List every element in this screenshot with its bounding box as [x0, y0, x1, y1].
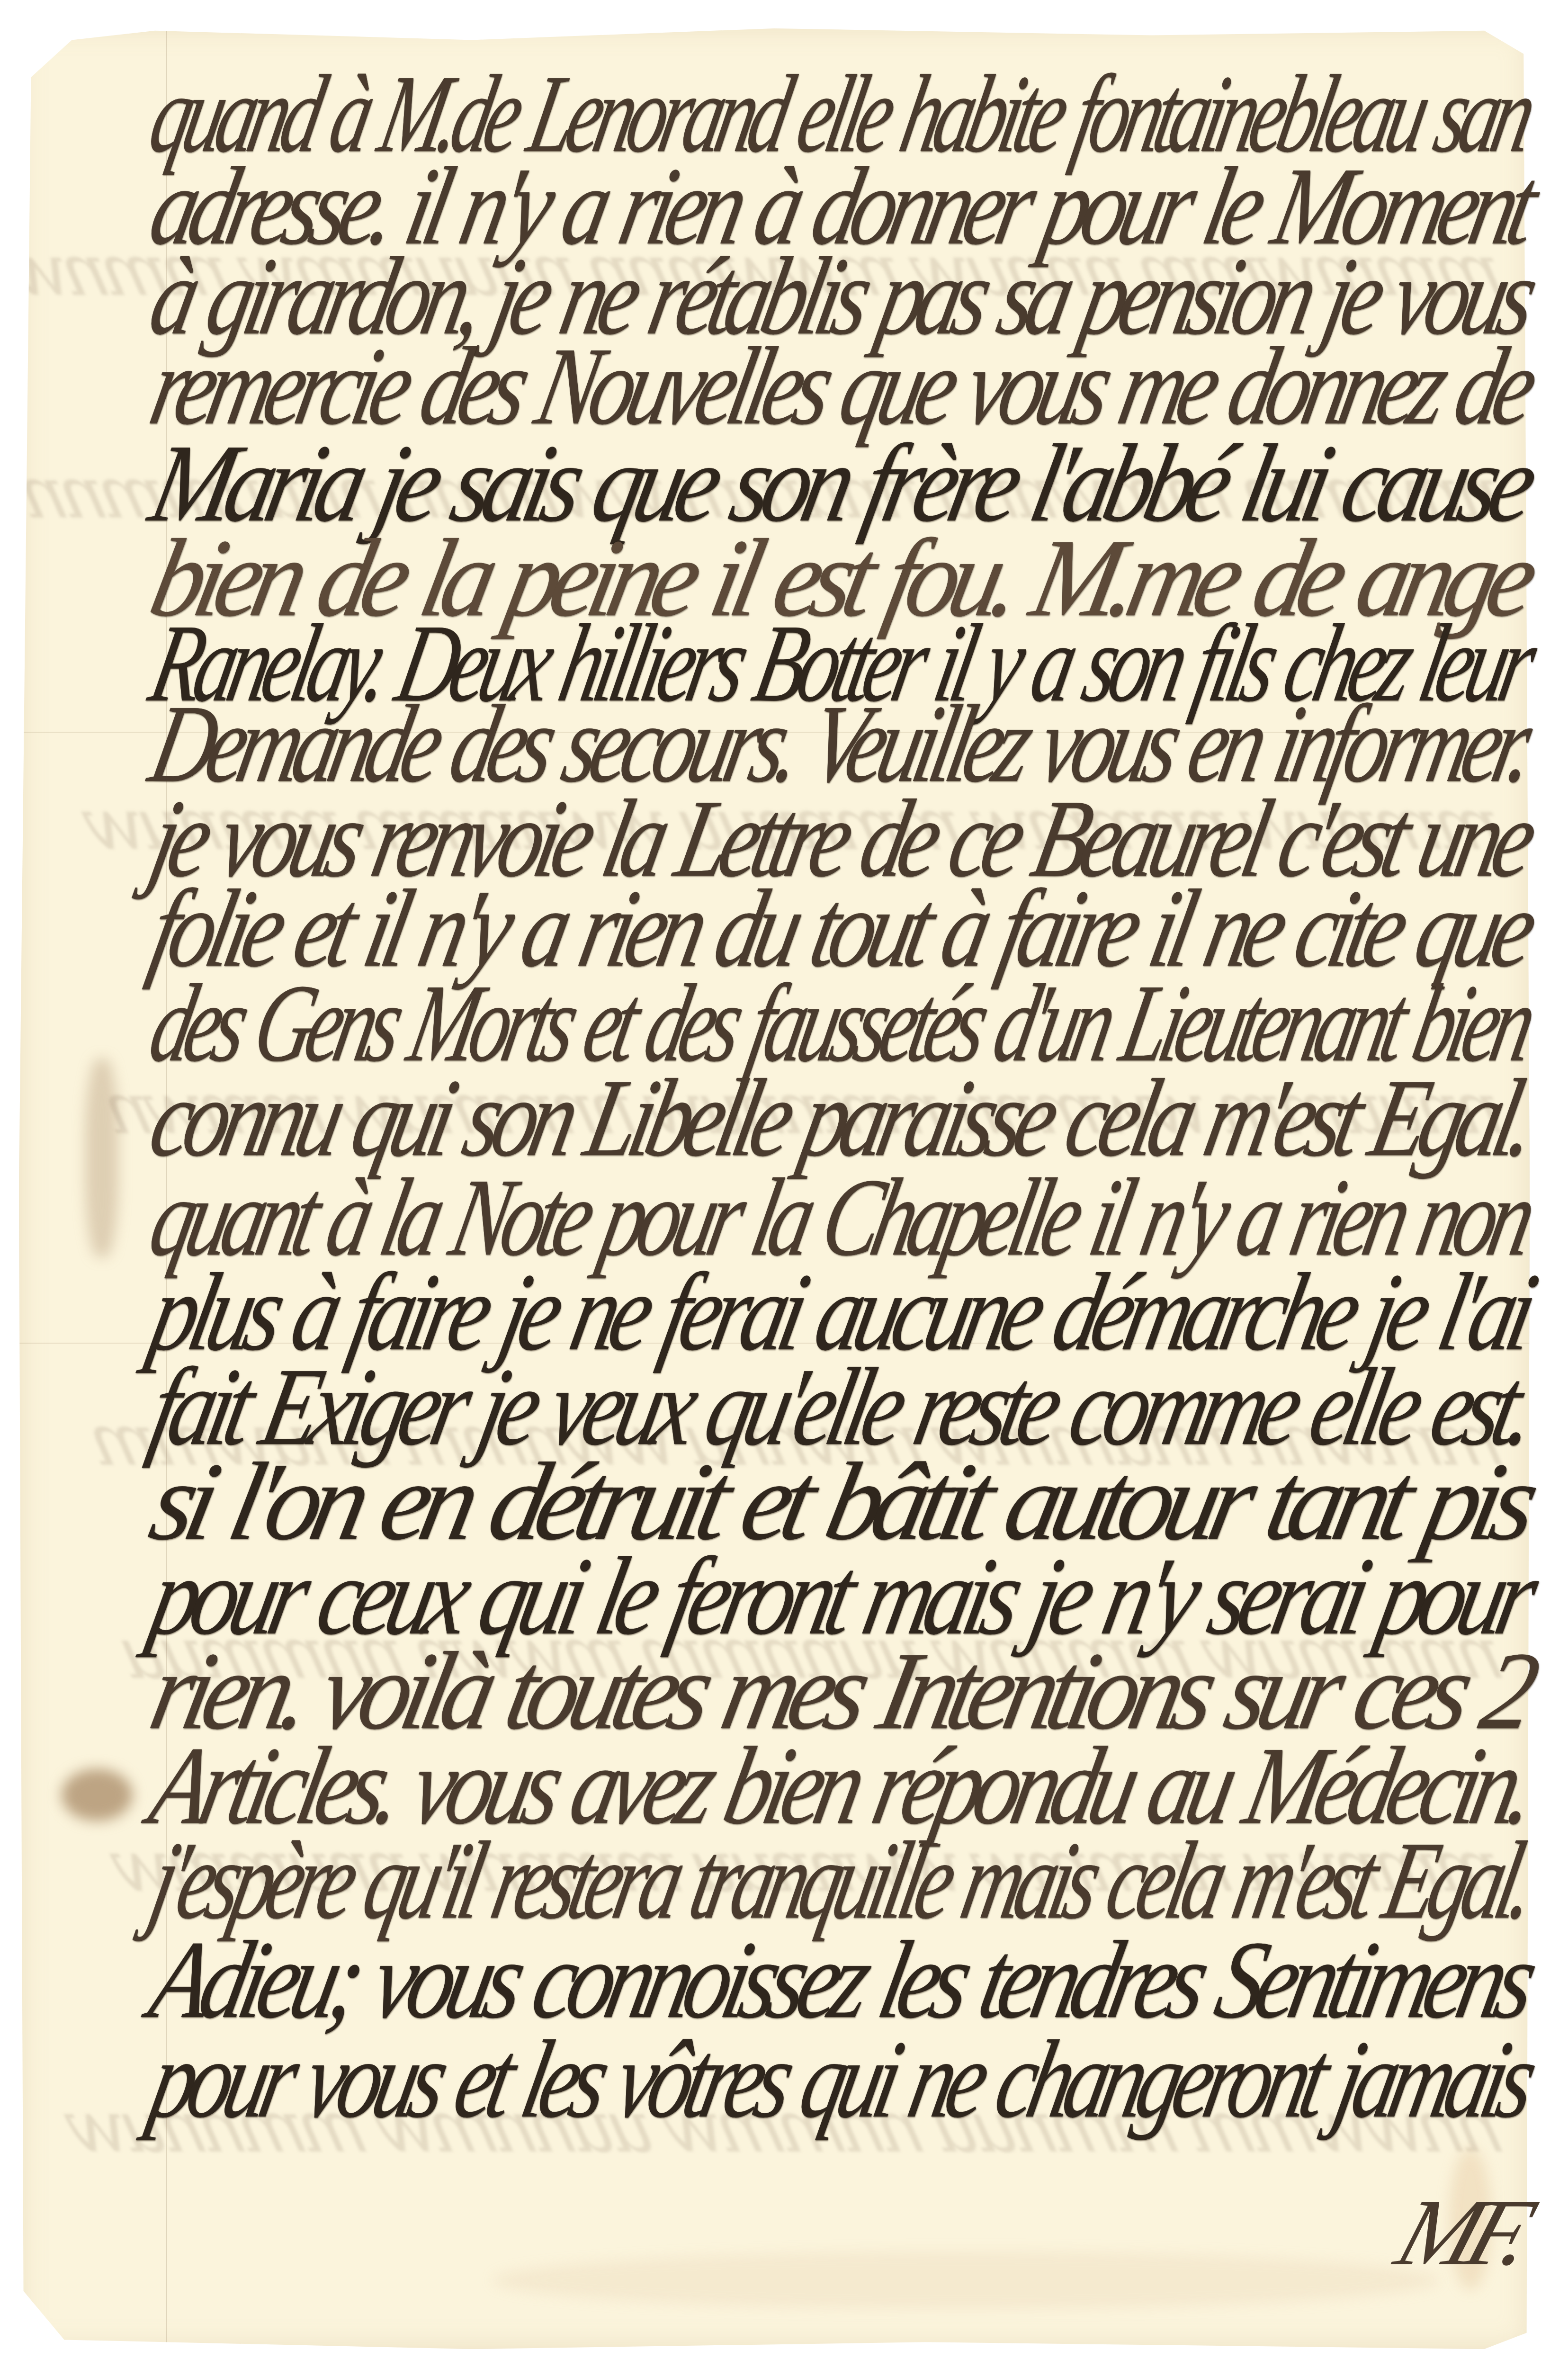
ink-stain	[62, 1769, 133, 1821]
handwritten-line: pour vous et les vôtres qui ne changeron…	[142, 2024, 1539, 2135]
ink-stain	[85, 1058, 118, 1257]
paper-stain	[493, 2252, 1440, 2309]
